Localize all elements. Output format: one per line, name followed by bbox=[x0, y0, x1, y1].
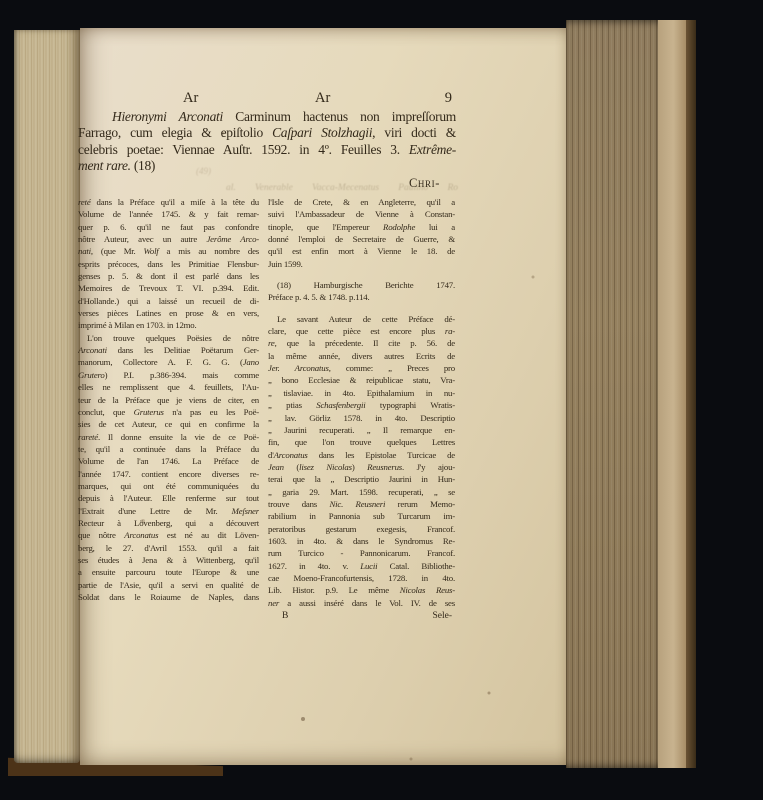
text-line: qu'il est enfin mort à Vienne le 18. de bbox=[268, 245, 455, 257]
text-line: Soldat dans le Roiaume de Naples, dans bbox=[78, 591, 259, 603]
text-line: terai que la „ Descriptio Jaurini in Hun… bbox=[268, 473, 455, 485]
signature-mark: B bbox=[282, 611, 288, 621]
text-line: ner a aussi inséré dans le Vol. IV. de s… bbox=[268, 597, 455, 609]
text-line: Memoires de Trevoux T. VI. p.394. Edit. bbox=[78, 282, 259, 294]
text-line: Le savant Auteur de cette Préface dé- bbox=[268, 313, 455, 325]
text-line: Hieronymi Arconati Carminum hactenus non… bbox=[78, 109, 456, 125]
text-line: l'Isle de Crete, & en Angleterre, qu'il … bbox=[268, 196, 455, 208]
text-line: manorum, Collectore A. F. G. G. (Jano bbox=[78, 356, 259, 368]
book-fore-edge bbox=[566, 20, 658, 768]
text-line: l'année 1747. contient encore diverses r… bbox=[78, 468, 259, 480]
text-line: ment rare. (18) bbox=[78, 158, 456, 174]
text-line: que nôtre Arconatus est né au dit Löven- bbox=[78, 529, 259, 541]
text-line: Farrago, cum elegia & epiſtolio Caſpari … bbox=[78, 125, 456, 141]
text-line: l'Extrait d'une Lettre de Mr. Meſsner bbox=[78, 505, 259, 517]
fore-edge-highlight bbox=[658, 20, 686, 768]
bottom-line: B Sele- bbox=[268, 611, 455, 624]
text-line: Jer. Arconatus, comme: „ Preces pro bbox=[268, 362, 455, 374]
text-line: Volume de l'an 1746. La Préface de bbox=[78, 455, 259, 467]
text-line: Lib. Histor. p.9. Le même Nicolas Reus- bbox=[268, 584, 455, 596]
text-line: re, que la précedente. Il cite p. 56. de bbox=[268, 337, 455, 349]
text-line: imprimé à Milan en 1703. in 12mo. bbox=[78, 319, 259, 331]
text-line: Grutero) P.I. p.386-394. mais comme bbox=[78, 369, 259, 381]
text-line: te, qu'il a continuée dans la Préface du bbox=[78, 443, 259, 455]
text-line: partie de l'Asie, qu'il a servi en quali… bbox=[78, 579, 259, 591]
text-line: trouve dans Nic. Reusneri rerum Memo- bbox=[268, 498, 455, 510]
scan-background: (49) al. Venerable Vacca-Mecenatus Pauli… bbox=[0, 0, 763, 800]
running-header: Ar Ar 9 bbox=[78, 90, 456, 108]
entry-heading: Hieronymi Arconati Carminum hactenus non… bbox=[78, 109, 456, 175]
top-catchword: Chri- bbox=[409, 176, 440, 191]
header-signature-right: Ar bbox=[315, 90, 330, 107]
text-line: 1603. in 4to. & dans le Syndromus Re- bbox=[268, 535, 455, 547]
text-line: Juin 1599. bbox=[268, 258, 455, 270]
text-line: esprits précoces, dans les Primitiae Fle… bbox=[78, 258, 259, 270]
text-line: sies de cet Auteur, ce qui en confirme l… bbox=[78, 418, 259, 430]
text-line: rareté. Il donne ensuite la vie de ce Po… bbox=[78, 431, 259, 443]
text-line: Arconati dans les Delitiae Poëtarum Ger- bbox=[78, 344, 259, 356]
text-line: „ bono Ecclesiae & reipublicae statu, Vr… bbox=[268, 374, 455, 386]
text-line: „ garia 29. Mart. 1598. recuperati, „ se bbox=[268, 486, 455, 498]
text-line: la même année, divers autres Ecrits de bbox=[268, 350, 455, 362]
text-line: Recteur à Lövenberg, qui a découvert bbox=[78, 517, 259, 529]
text-line: depuis à l'Auteur. Elle renferme sur tou… bbox=[78, 492, 259, 504]
text-line: nôtre Auteur, avec un autre Jerôme Arco- bbox=[78, 233, 259, 245]
text-line: ses études à Jena & à Wittenberg, qu'il bbox=[78, 554, 259, 566]
right-text-column: l'Isle de Crete, & en Angleterre, qu'il … bbox=[268, 196, 455, 609]
text-line: berg, le 27. d'Avril 1553. qu'il a fait bbox=[78, 542, 259, 554]
header-signature-left: Ar bbox=[183, 90, 198, 107]
text-line: genses p. 5. & dont il est parlé dans le… bbox=[78, 270, 259, 282]
text-line: fin, que l'on trouve quelques Lettres bbox=[268, 436, 455, 448]
bottom-catchword: Sele- bbox=[432, 611, 452, 621]
text-line: tinople, que l'Empereur Rodolphe lui a bbox=[268, 221, 455, 233]
text-line: suivi l'Ambassadeur de Vienne à Constan- bbox=[268, 208, 455, 220]
text-line: Préface p. 4. 5. & 1748. p.114. bbox=[268, 291, 455, 303]
text-line: (18) Hamburgische Berichte 1747. bbox=[268, 279, 455, 291]
text-line: „ tislaviae. in 4to. Epithalamium in nu- bbox=[268, 387, 455, 399]
text-line: „ lav. Görliz 1578. in 4to. Descriptio bbox=[268, 412, 455, 424]
text-line: cae Moeno-Francofurtensis, 1728. in 4to. bbox=[268, 572, 455, 584]
text-line: reté dans la Préface qu'il a miſe à la t… bbox=[78, 196, 259, 208]
text-line: teur de la Préface que je viens de citer… bbox=[78, 394, 259, 406]
text-line: Jean (lisez Nicolas) Reusnerus. J'y ajou… bbox=[268, 461, 455, 473]
text-line: conclut, que Gruterus n'a pas eu les Poë… bbox=[78, 406, 259, 418]
text-line: Volume de l'année 1745. & y fait remar- bbox=[78, 208, 259, 220]
text-line: rabilium in Pannonia sub Turcarum im- bbox=[268, 510, 455, 522]
text-line: 1627. in 4to. v. Lucii Catal. Bibliothe- bbox=[268, 560, 455, 572]
text-line: „ ptias Schasfenbergii typographi Wratis… bbox=[268, 399, 455, 411]
page-number: 9 bbox=[445, 90, 452, 107]
text-line: nati, (que Mr. Wolf a mis au nombre des bbox=[78, 245, 259, 257]
text-line: celebris poetae: Viennae Auſtr. 1592. in… bbox=[78, 142, 456, 158]
text-line: rum Turcico - Pannonicarum. Francof. bbox=[268, 547, 455, 559]
text-line: quer p. 6. qu'il ne faut pas confondre bbox=[78, 221, 259, 233]
underlying-pages-edge bbox=[14, 30, 80, 763]
fore-edge-shadow bbox=[686, 20, 696, 768]
left-text-column: reté dans la Préface qu'il a miſe à la t… bbox=[78, 196, 259, 603]
text-line: verses pièces Latines en prose & en vers… bbox=[78, 307, 259, 319]
text-line: clare, que cette pièce est encore plus r… bbox=[268, 325, 455, 337]
page-text-block: (49) al. Venerable Vacca-Mecenatus Pauli… bbox=[78, 0, 456, 780]
text-line: peratoribus gestarum exegesis, Francof. bbox=[268, 523, 455, 535]
text-line: marques, qui ont été communiquées du bbox=[78, 480, 259, 492]
text-line: L'on trouve quelques Poësies de nôtre bbox=[78, 332, 259, 344]
text-line: a ensuite parcouru toute l'Europe & une bbox=[78, 566, 259, 578]
text-line: donné l'emploi de Secretaire de Guerre, … bbox=[268, 233, 455, 245]
text-line: elles ne remplissent que 4. feuillets, l… bbox=[78, 381, 259, 393]
text-line: d'Hollande.) qui a laissé un recueil de … bbox=[78, 295, 259, 307]
text-line: d'Arconatus dans les Epistolae Turcicae … bbox=[268, 449, 455, 461]
text-line: „ Jaurini recuperati. „ Il remarque en- bbox=[268, 424, 455, 436]
